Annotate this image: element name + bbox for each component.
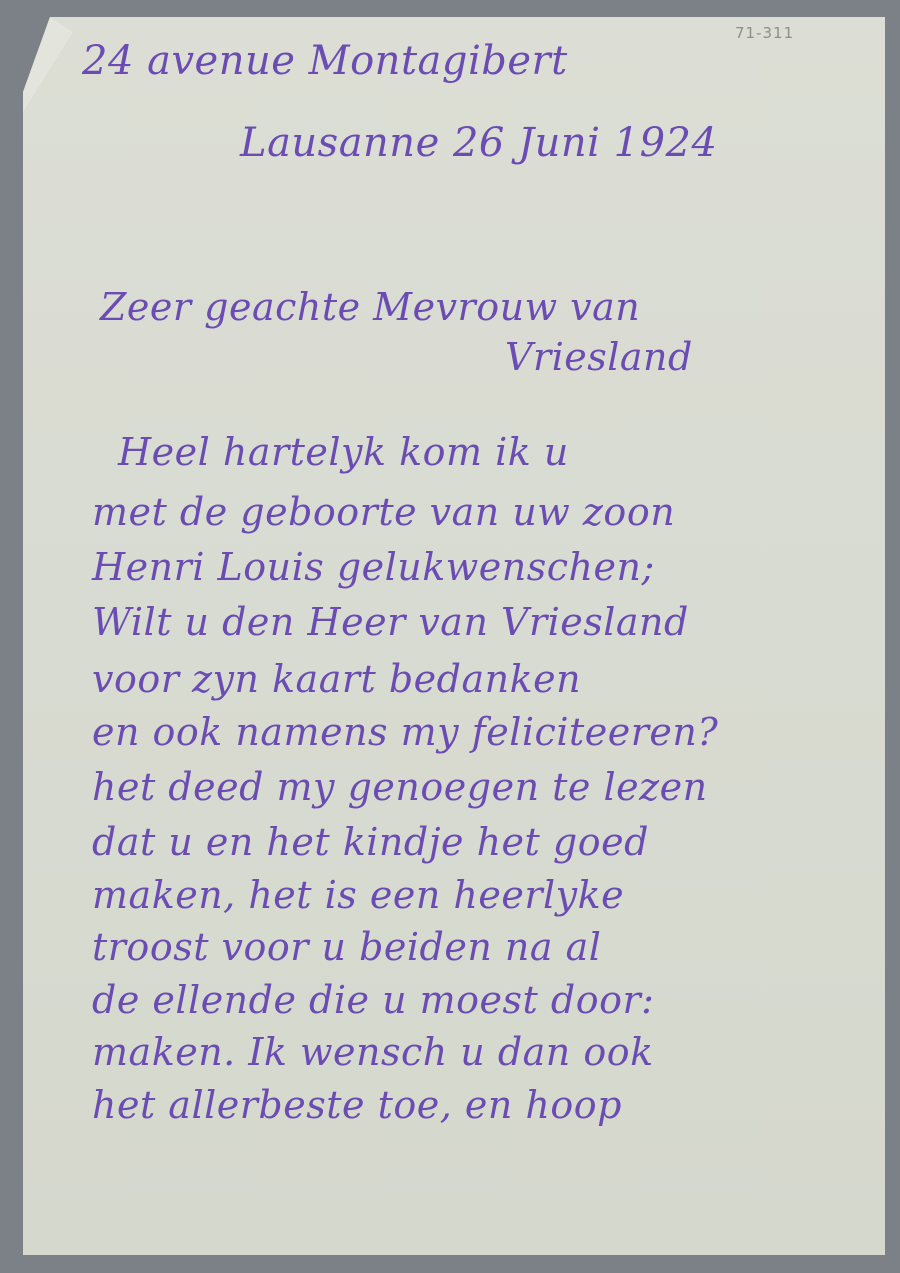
body-line: voor zyn kaart bedanken [92,657,581,701]
body-line: Wilt u den Heer van Vriesland [92,600,689,644]
body-line: Henri Louis gelukwenschen; [92,545,655,589]
address-line-2-place-date: Lausanne 26 Juni 1924 [240,120,717,166]
body-line: en ook namens my feliciteeren? [92,710,718,754]
body-line: maken. Ik wensch u dan ook [92,1030,654,1074]
body-line: dat u en het kindje het goed [92,820,649,864]
body-line: Heel hartelyk kom ik u [118,430,569,474]
body-line: het allerbeste toe, en hoop [92,1083,622,1127]
body-line: met de geboorte van uw zoon [92,490,675,534]
body-line: het deed my genoegen te lezen [92,765,708,809]
address-line-1: 24 avenue Montagibert [82,38,568,84]
body-line: de ellende die u moest door: [92,978,654,1022]
salutation-line-1: Zeer geachte Mevrouw van [100,285,640,329]
salutation-line-2: Vriesland [505,335,693,379]
archive-number: 71-311 [735,24,794,42]
body-line: troost voor u beiden na al [92,925,601,969]
body-line: maken, het is een heerlyke [92,873,624,917]
